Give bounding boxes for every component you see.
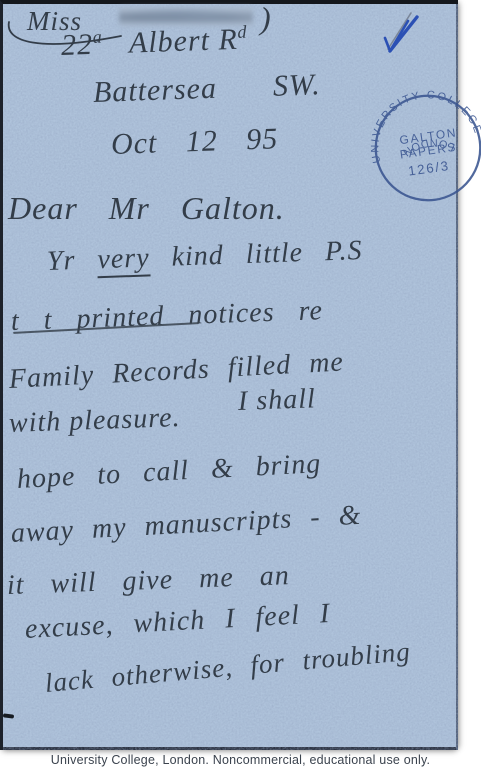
salutation-line: Dear Mr Galton. <box>8 190 285 227</box>
address-line-street: 22aAlbert Rd <box>60 21 248 62</box>
body-line-8: excuse, which I feel I <box>24 598 331 646</box>
address-district: SW. <box>272 68 321 103</box>
stamp-reference-number: 126/3 <box>407 158 451 179</box>
body-line-7: it will give me an <box>6 560 290 602</box>
body-line-9: lack otherwise, for troubling <box>44 636 412 699</box>
address-city: Battersea <box>92 72 217 109</box>
body-line-1-underlined: very <box>97 242 150 278</box>
address-street-suffix: d <box>237 21 248 41</box>
date-line: Oct 12 95 <box>110 122 278 162</box>
body-line-4a: with pleasure. <box>8 402 181 439</box>
body-line-1-post: kind little P.S <box>149 235 363 273</box>
body-line-1-pre: Yr <box>46 244 98 277</box>
scanned-letter: Miss ) UNIVERSITY COLLEGE LONDON GALTON … <box>0 0 481 770</box>
address-street: Albert R <box>128 23 238 60</box>
address-number-suffix: a <box>92 27 103 47</box>
body-line-6: away my manuscripts - & <box>10 500 362 550</box>
body-line-1: Yr very kind little P.S <box>46 235 363 278</box>
body-line-4: with pleasure.I shall <box>8 397 316 440</box>
archive-stamp: UNIVERSITY COLLEGE LONDON GALTON PAPERS … <box>363 82 481 215</box>
annotation-paren: ) <box>260 0 272 37</box>
body-line-4b: I shall <box>237 383 316 417</box>
copyright-caption: University College, London. Noncommercia… <box>0 752 481 770</box>
edge-pen-mark <box>3 713 14 718</box>
checkmark-icon <box>377 8 423 56</box>
address-number: 22 <box>60 28 93 62</box>
body-line-5: hope to call & bring <box>16 448 322 496</box>
letter-paper: Miss ) UNIVERSITY COLLEGE LONDON GALTON … <box>0 0 458 750</box>
address-line-city: BatterseaSW. <box>92 68 321 110</box>
